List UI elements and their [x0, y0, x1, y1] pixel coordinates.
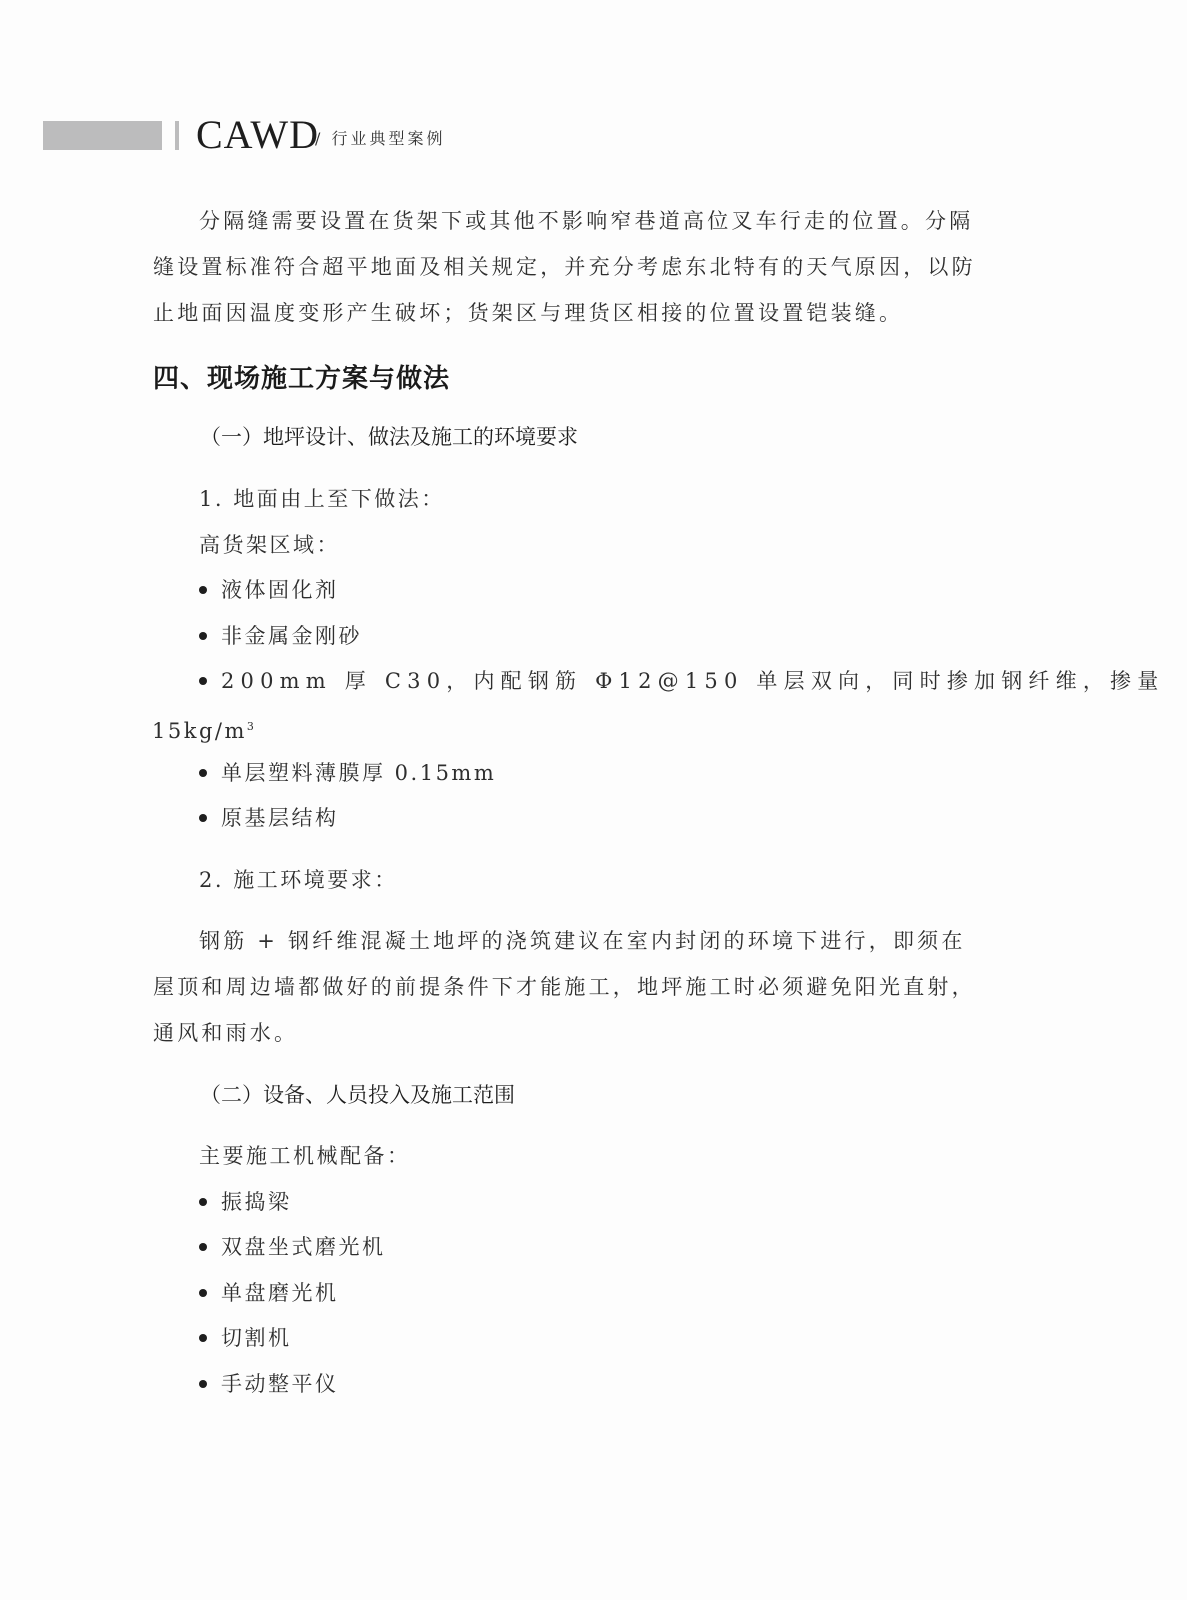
bullet-icon [199, 1243, 207, 1251]
bullet-icon [199, 769, 207, 777]
item1-title: 1. 地面由上至下做法： [199, 482, 445, 516]
layer-item: 非金属金刚砂 [199, 619, 362, 653]
bullet-icon [199, 1380, 207, 1388]
bullet-icon [199, 677, 207, 685]
subsection2-title: （二）设备、人员投入及施工范围 [200, 1078, 515, 1112]
machinery-item: 切割机 [199, 1321, 292, 1355]
item2-title: 2. 施工环境要求： [199, 863, 398, 897]
section-title: 四、现场施工方案与做法 [153, 357, 450, 401]
bullet-icon [199, 1334, 207, 1342]
layer-item-continuation: 15kg/m3 [152, 710, 256, 748]
layer-item: 原基层结构 [199, 801, 339, 835]
layer-item: 200mm 厚 C30，内配钢筋 Φ12@150 单层双向，同时掺加钢纤维，掺量 [199, 664, 1164, 698]
machinery-item: 单盘磨光机 [199, 1276, 339, 1310]
bullet-icon [199, 586, 207, 594]
environment-paragraph: 钢筋 + 钢纤维混凝土地坪的浇筑建议在室内封闭的环境下进行，即须在屋顶和周边墙都… [153, 918, 979, 1056]
bullet-icon [199, 632, 207, 640]
machinery-item: 手动整平仪 [199, 1367, 339, 1401]
header-subtitle: / 行业典型案例 [315, 128, 445, 150]
bullet-icon [199, 1289, 207, 1297]
intro-paragraph: 分隔缝需要设置在货架下或其他不影响窄巷道高位叉车行走的位置。分隔缝设置标准符合超… [153, 198, 979, 336]
layer-item: 液体固化剂 [199, 573, 339, 607]
layer-item: 单层塑料薄膜厚 0.15mm [199, 756, 496, 790]
header-gray-bar [43, 121, 162, 150]
machinery-label: 主要施工机械配备： [199, 1139, 411, 1173]
subsection1-title: （一）地坪设计、做法及施工的环境要求 [200, 420, 578, 454]
machinery-item: 振捣梁 [199, 1185, 292, 1219]
bullet-icon [199, 1198, 207, 1206]
header-separator [175, 121, 179, 150]
bullet-icon [199, 814, 207, 822]
machinery-item: 双盘坐式磨光机 [199, 1230, 386, 1264]
area-label: 高货架区域： [199, 528, 340, 562]
header-brand: CAWD [196, 112, 319, 158]
